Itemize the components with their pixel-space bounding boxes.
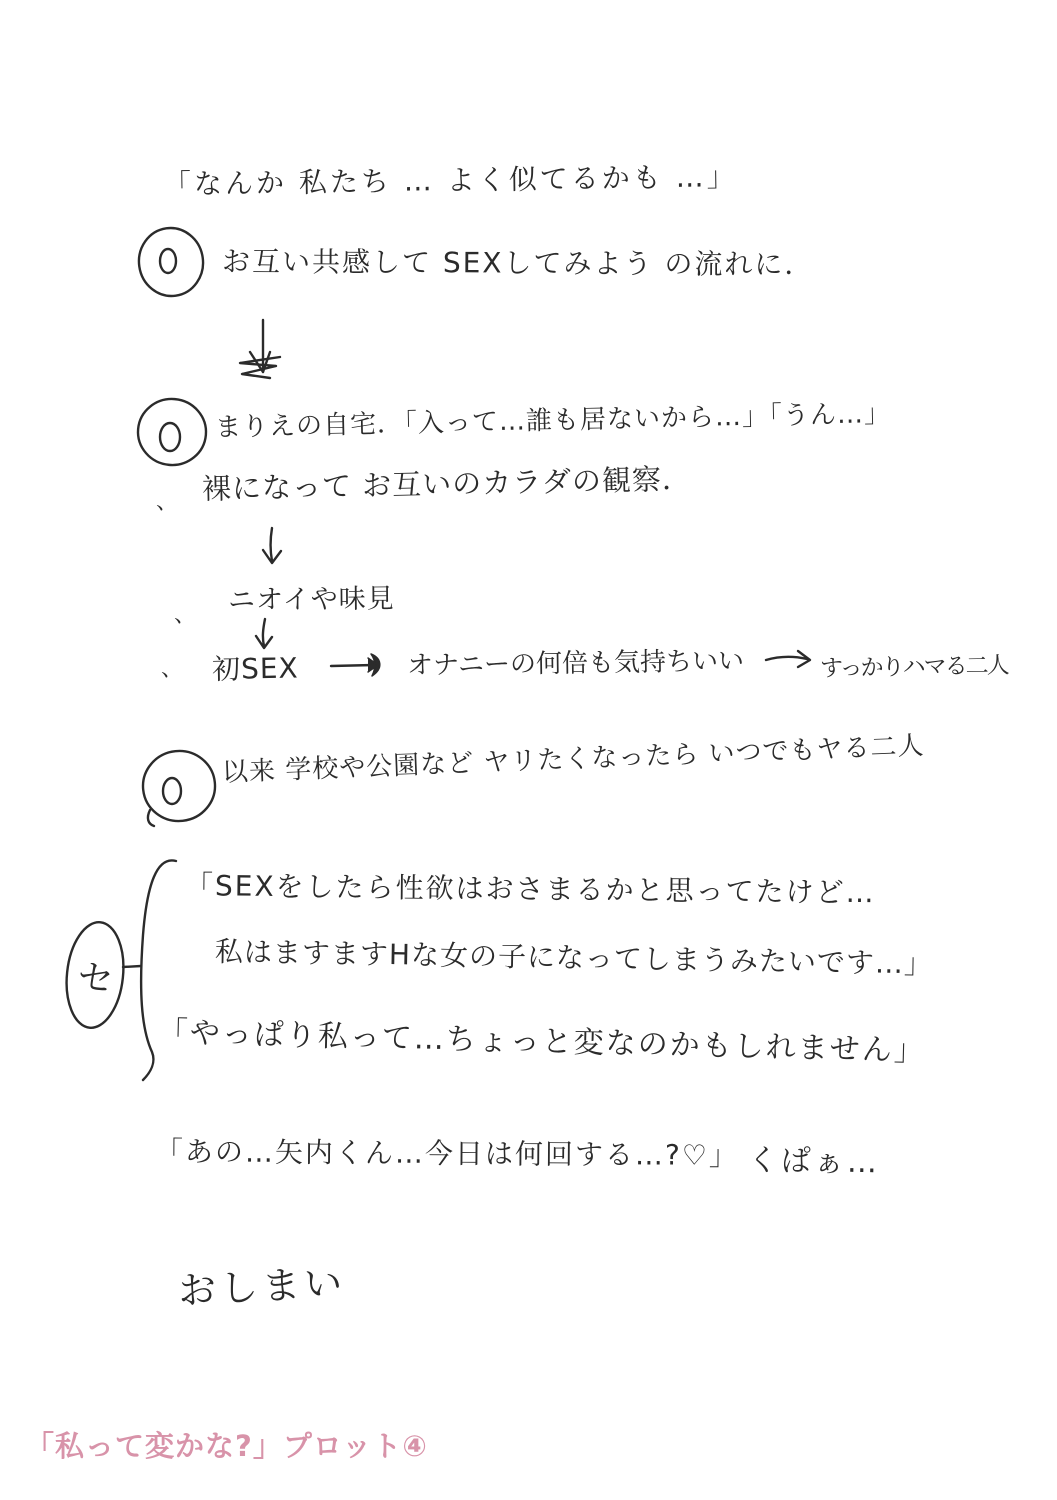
smell-taste-line: ニオイや味見 (228, 577, 395, 617)
bullet-circle-inner-icon (160, 423, 180, 451)
bullet-circle-icon (135, 224, 208, 300)
dialogue-badge-connector (123, 966, 141, 967)
right-arrow-icon (331, 665, 374, 666)
down-arrow-head-icon (250, 352, 270, 372)
down-arrow-icon (256, 619, 272, 648)
first-sex-outcome: すっかりハマる二人 (820, 647, 1008, 683)
dialogue1-line1: 「SEXをしたら性欲はおさまるかと思ってたけど… (185, 864, 876, 911)
first-sex-result: オナニーの何倍も気持ちいい (407, 640, 744, 682)
tick-mark: 、 (156, 485, 178, 516)
dialogue3-line: 「あの…矢内くん…今日は何回する…?♡」 (155, 1130, 739, 1174)
step3-line: 以来 学校や公園など ヤリたくなったら いつでもヤる二人 (221, 725, 925, 789)
bullet-circle-inner-icon (163, 778, 181, 804)
bullet-circle-icon (135, 396, 208, 468)
bullet-circle-tail-icon (148, 810, 154, 826)
step1-line: お互い共感して SEXしてみよう の流れに． (222, 240, 815, 283)
opening-quote: 「なんか 私たち … よく似てるかも …」 (163, 155, 738, 203)
sfx-text: くぱぁ… (748, 1135, 881, 1181)
step2-body-line: 裸になって お互いのカラダの観察． (202, 457, 693, 508)
bullet-circle-icon (140, 747, 219, 824)
first-sex-label: 初SEX (212, 646, 299, 688)
tick-mark: 、 (161, 652, 183, 683)
ending-text: おしまい (177, 1251, 348, 1315)
step2-title-line: まりえの自宅．「入って…誰も居ないから…」「うん…」 (215, 393, 892, 444)
dialogue1-line2: 私はますますHな女の子になってしまうみたいです…」 (215, 930, 934, 983)
footer-caption: 「私って変かな?」プロット④ (25, 1424, 428, 1465)
dialogue-badge-label: セ (74, 948, 118, 1004)
dialogue2-line: 「やっぱり私って…ちょっと変なのかもしれません」 (157, 1007, 926, 1070)
bullet-circle-inner-icon (160, 249, 176, 273)
right-arrow-icon (766, 651, 810, 667)
down-arrow-head-icon (240, 357, 280, 378)
handwritten-plot-page: 「なんか 私たち … よく似てるかも …」 お互い共感して SEXしてみよう の… (0, 0, 1057, 1500)
tick-mark: 、 (174, 598, 196, 629)
down-arrow-icon (263, 528, 281, 563)
right-arrow-head-icon (368, 654, 380, 676)
